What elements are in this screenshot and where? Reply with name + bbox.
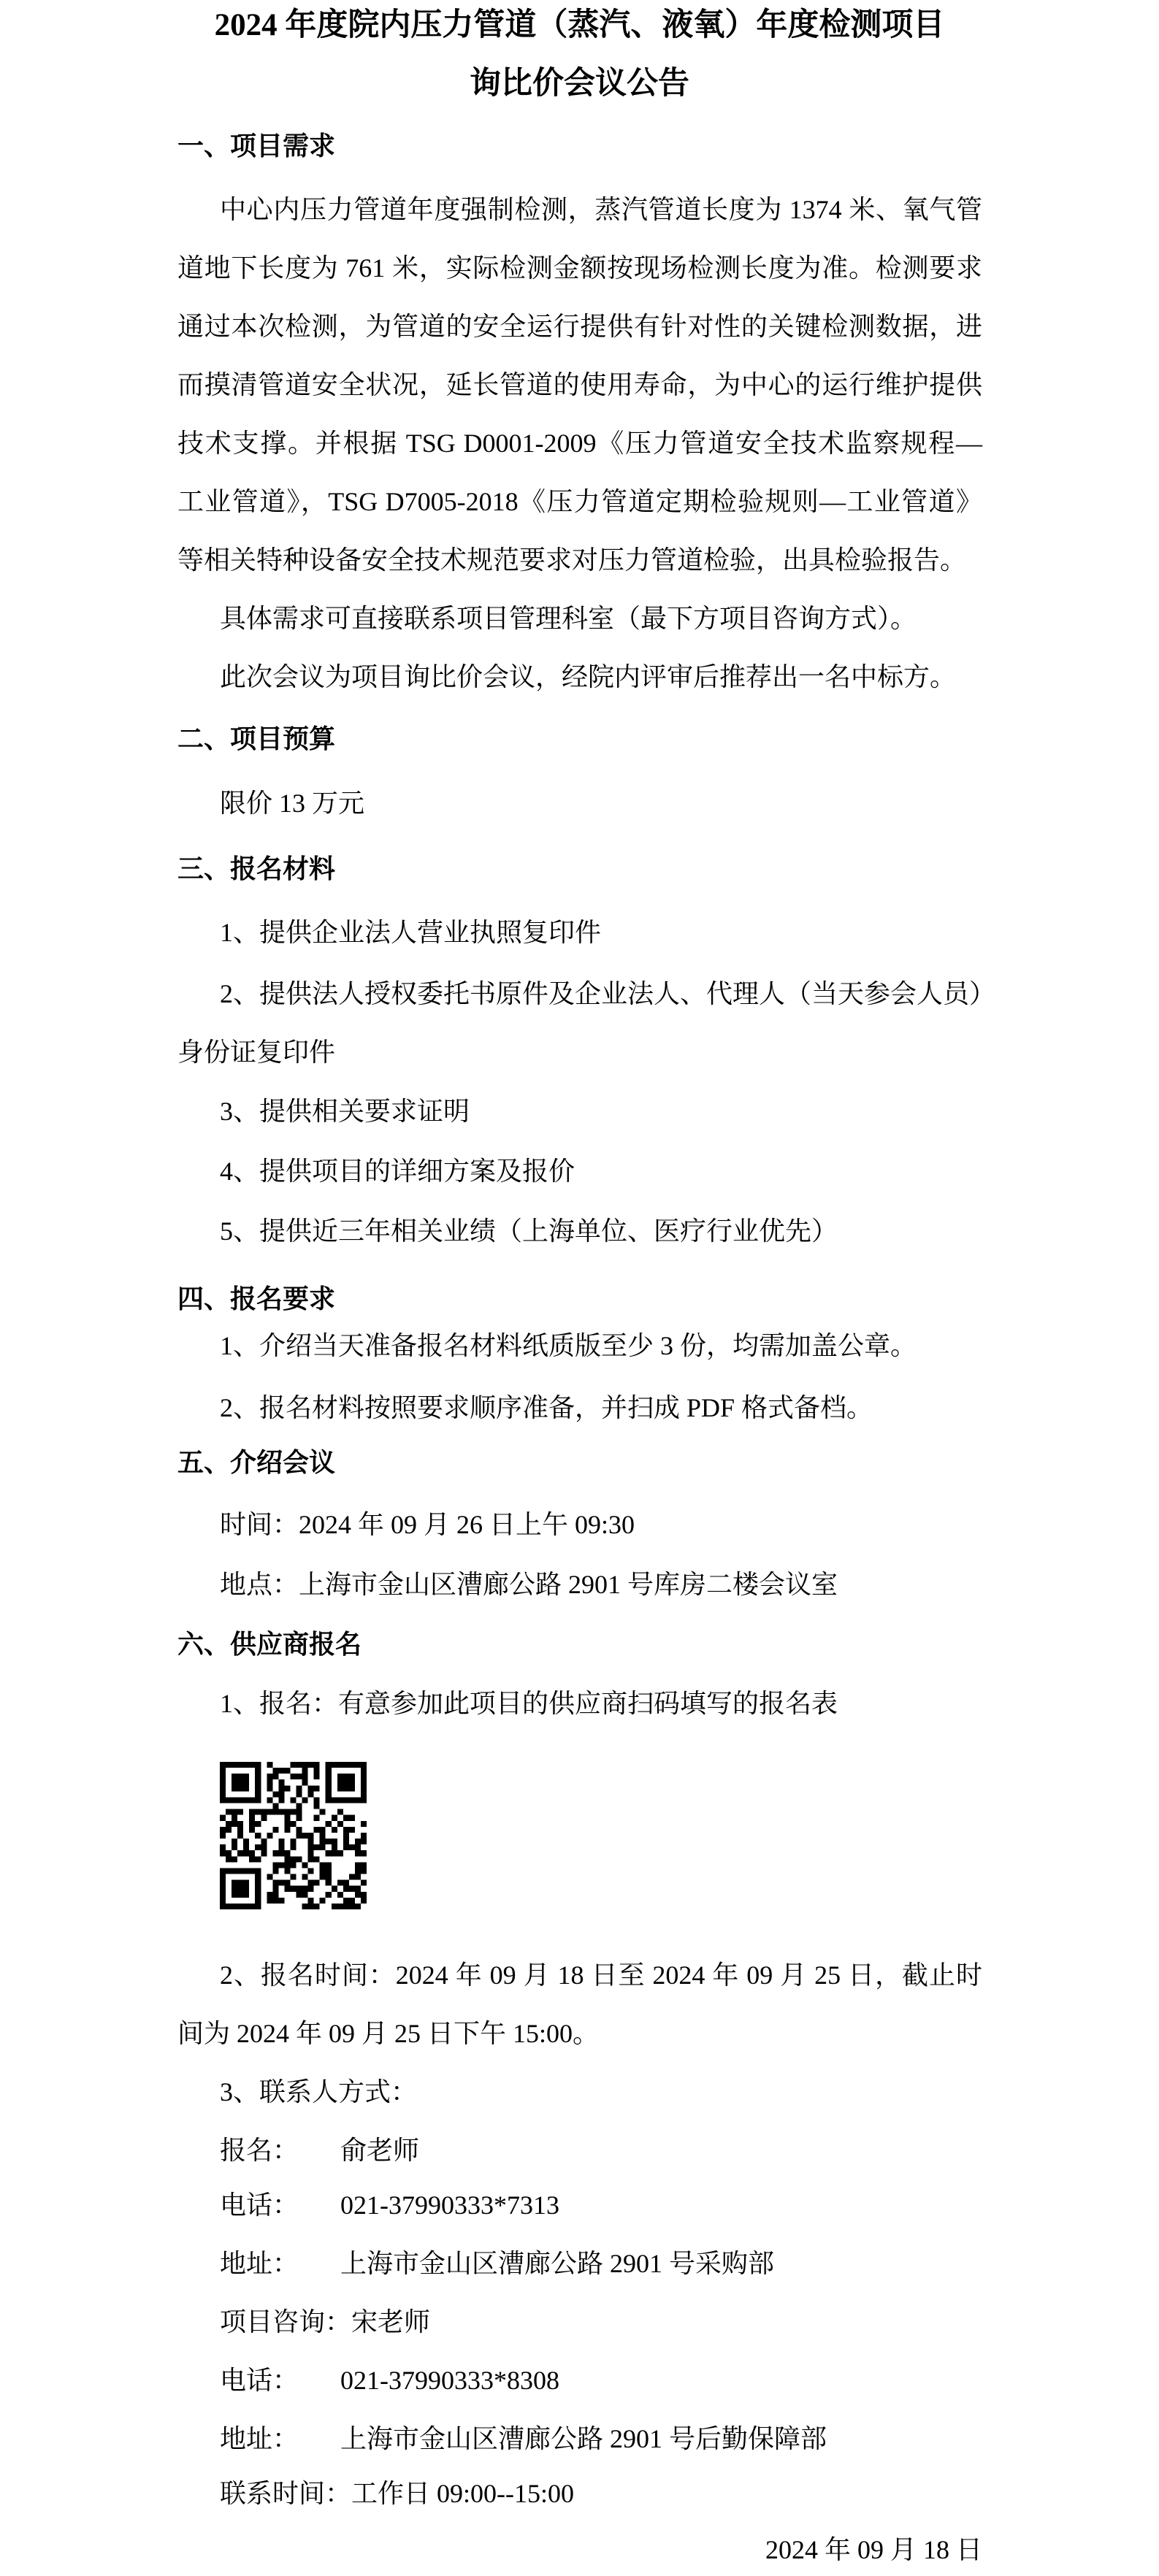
section5-meeting-time: 时间：2024 年 09 月 26 日上午 09:30 — [220, 1509, 982, 1541]
section2-budget: 限价 13 万元 — [220, 787, 982, 819]
section1-paragraph1-line2: 道地下长度为 761 米，实际检测金额按现场检测长度为准。检测要求 — [177, 252, 982, 284]
contact-hours-row: 联系时间：工作日 09:00--15:00 — [220, 2477, 982, 2510]
contact-phone1-value: 021-37990333*7313 — [340, 2190, 559, 2220]
section3-item2-line2: 身份证复印件 — [177, 1036, 982, 1068]
section5-meeting-place: 地点：上海市金山区漕廊公路 2901 号库房二楼会议室 — [220, 1568, 982, 1601]
section1-paragraph1-line6: 工业管道》，TSG D7005-2018《压力管道定期检验规则—工业管道》 — [177, 486, 982, 518]
contact-phone2-value: 021-37990333*8308 — [340, 2366, 559, 2395]
contact-address1-row: 地址：上海市金山区漕廊公路 2901 号采购部 — [220, 2247, 982, 2280]
section1-heading: 一、项目需求 — [177, 130, 982, 162]
contact-signup-label: 报名： — [220, 2134, 340, 2166]
qr-code-image — [220, 1762, 367, 1909]
section5-heading: 五、介绍会议 — [177, 1446, 982, 1479]
section1-paragraph1-line7: 等相关特种设备安全技术规范要求对压力管道检验，出具检验报告。 — [177, 544, 982, 576]
document-title-line1: 2024 年度院内压力管道（蒸汽、液氧）年度检测项目 — [0, 7, 1159, 45]
section1-paragraph1-line3: 通过本次检测，为管道的安全运行提供有针对性的关键检测数据，进 — [177, 310, 982, 342]
section6-item3: 3、联系人方式： — [220, 2076, 982, 2108]
section6-item1: 1、报名：有意参加此项目的供应商扫码填写的报名表 — [220, 1687, 982, 1720]
section1-paragraph1-line5: 技术支撑。并根据 TSG D0001-2009《压力管道安全技术监察规程— — [177, 427, 982, 459]
section3-heading: 三、报名材料 — [177, 853, 982, 885]
document-date: 2024 年 09 月 18 日 — [177, 2534, 982, 2566]
contact-phone2-row: 电话：021-37990333*8308 — [220, 2364, 982, 2396]
section3-item3: 3、提供相关要求证明 — [220, 1095, 982, 1127]
contact-consult-row: 项目咨询：宋老师 — [220, 2306, 982, 2338]
section3-item2-line1: 2、提供法人授权委托书原件及企业法人、代理人（当天参会人员） — [220, 978, 982, 1010]
section3-item4: 4、提供项目的详细方案及报价 — [220, 1155, 982, 1187]
contact-phone2-label: 电话： — [220, 2364, 340, 2396]
section4-item1: 1、介绍当天准备报名材料纸质版至少 3 份，均需加盖公章。 — [220, 1330, 982, 1362]
section1-paragraph1-line4: 而摸清管道安全状况，延长管道的使用寿命，为中心的运行维护提供 — [177, 369, 982, 401]
section1-paragraph3: 此次会议为项目询比价会议，经院内评审后推荐出一名中标方。 — [220, 661, 982, 693]
section4-item2: 2、报名材料按照要求顺序准备，并扫成 PDF 格式备档。 — [220, 1392, 982, 1424]
contact-signup-row: 报名：俞老师 — [220, 2134, 982, 2166]
document-title-line2: 询比价会议公告 — [0, 65, 1159, 103]
section1-paragraph2: 具体需求可直接联系项目管理科室（最下方项目咨询方式）。 — [220, 602, 982, 635]
contact-address2-row: 地址：上海市金山区漕廊公路 2901 号后勤保障部 — [220, 2423, 982, 2455]
section1-paragraph1-line1: 中心内压力管道年度强制检测，蒸汽管道长度为 1374 米、氧气管 — [220, 193, 982, 226]
contact-phone1-label: 电话： — [220, 2189, 340, 2221]
section2-heading: 二、项目预算 — [177, 723, 982, 755]
section6-item2-line1: 2、报名时间：2024 年 09 月 18 日至 2024 年 09 月 25 … — [220, 1959, 982, 1991]
contact-address1-label: 地址： — [220, 2247, 340, 2280]
contact-address2-value: 上海市金山区漕廊公路 2901 号后勤保障部 — [340, 2424, 827, 2453]
contact-address2-label: 地址： — [220, 2423, 340, 2455]
section4-heading: 四、报名要求 — [177, 1283, 982, 1315]
section6-item2-line2: 间为 2024 年 09 月 25 日下午 15:00。 — [177, 2017, 982, 2050]
signup-qr-code — [220, 1762, 367, 1909]
announcement-document: 2024 年度院内压力管道（蒸汽、液氧）年度检测项目 询比价会议公告 一、项目需… — [0, 0, 1159, 2576]
section3-item5: 5、提供近三年相关业绩（上海单位、医疗行业优先） — [220, 1215, 982, 1247]
contact-signup-value: 俞老师 — [340, 2136, 419, 2165]
contact-address1-value: 上海市金山区漕廊公路 2901 号采购部 — [340, 2249, 774, 2278]
section3-item1: 1、提供企业法人营业执照复印件 — [220, 916, 982, 948]
section6-heading: 六、供应商报名 — [177, 1628, 982, 1660]
contact-phone1-row: 电话：021-37990333*7313 — [220, 2189, 982, 2221]
